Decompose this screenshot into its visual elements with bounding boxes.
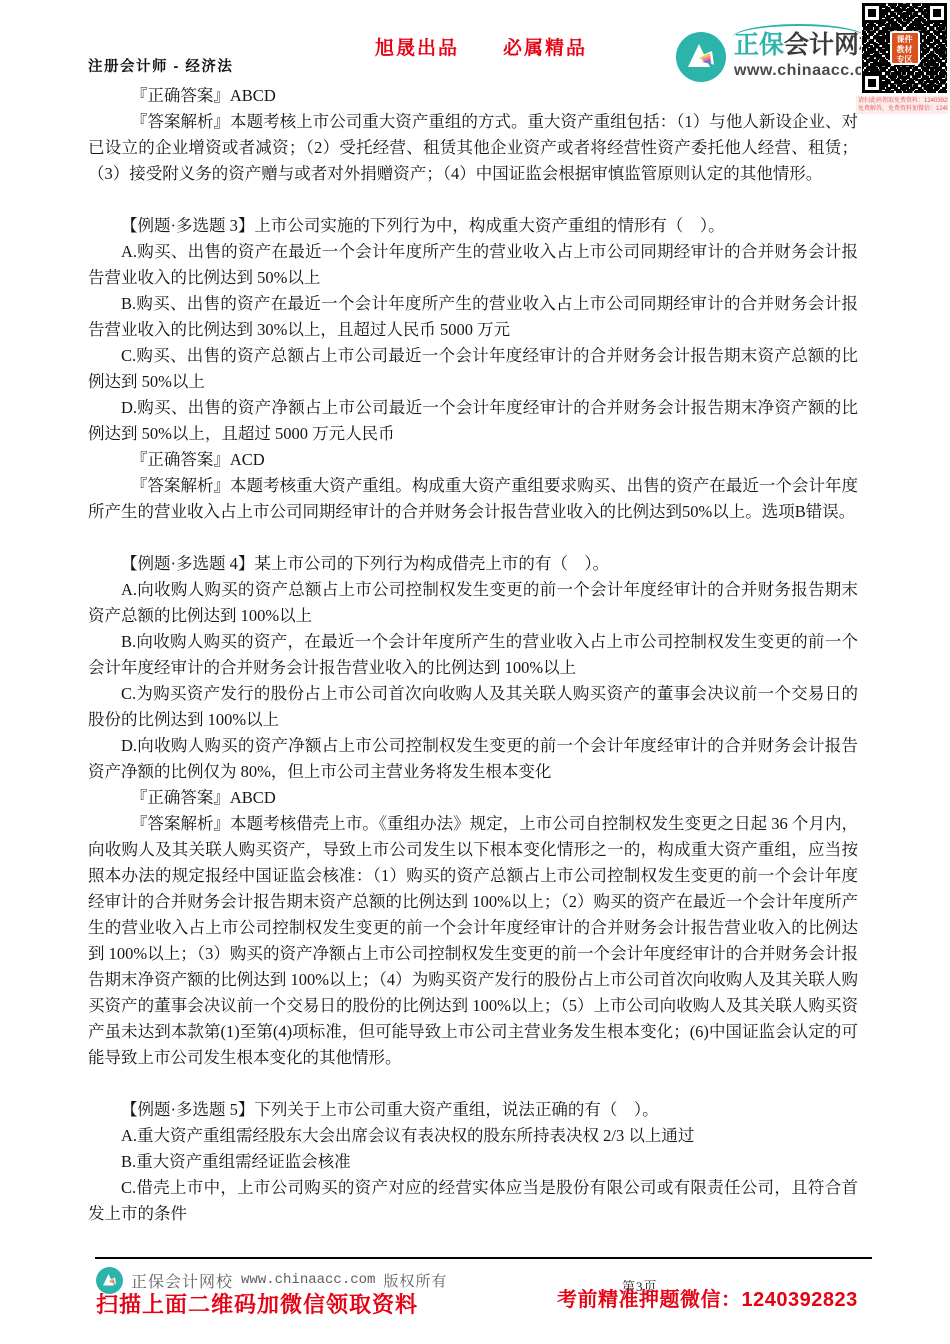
qr-code: 课件 教材 专区 — [861, 2, 948, 94]
qr-center-badge: 课件 教材 专区 — [890, 31, 920, 65]
slogan-right: 必属精品 — [503, 38, 587, 59]
course-label: 注册会计师 - 经济法 — [88, 55, 233, 76]
brand-circle-icon — [676, 32, 726, 82]
qr-finder-top-right — [927, 3, 947, 23]
option-line: D.向收购人购买的资产净额占上市公司控制权发生变更的前一个会计年度经审计的合并财… — [88, 733, 858, 785]
analysis-paragraph: 『答案解析』本题考核上市公司重大资产重组的方式。重大资产重组包括：（1）与他人新… — [88, 109, 858, 187]
slogan-left: 旭晟出品 — [375, 38, 459, 59]
option-line: A.购买、出售的资产在最近一个会计年度所产生的营业收入占上市公司同期经审计的合并… — [88, 239, 858, 291]
brand-name-highlight: 正保 — [734, 31, 784, 59]
qr-badge-line2: 教材 — [892, 45, 918, 55]
option-line: B.购买、出售的资产在最近一个会计年度所产生的营业收入占上市公司同期经审计的合并… — [88, 291, 858, 343]
qr-caption-line1: 请扫此码领取免费资料：1240392823 — [858, 97, 946, 105]
question-title-5: 【例题·多选题 5】下列关于上市公司重大资产重组，说法正确的有（ ）。 — [88, 1097, 858, 1123]
option-line: C.购买、出售的资产总额占上市公司最近一个会计年度经审计的合并财务会计报告期末资… — [88, 343, 858, 395]
option-line: A.重大资产重组需经股东大会出席会议有表决权的股东所持表决权 2/3 以上通过 — [88, 1123, 858, 1149]
footer-divider — [95, 1257, 872, 1259]
option-line: D.购买、出售的资产净额占上市公司最近一个会计年度经审计的合并财务会计报告期末净… — [88, 395, 858, 447]
question-title-4: 【例题·多选题 4】某上市公司的下列行为构成借壳上市的有（ ）。 — [88, 551, 858, 577]
qr-caption-line2: 免费解答，免费资料加微信：1240392823 — [858, 105, 946, 113]
qr-badge-line1: 课件 — [892, 35, 918, 45]
footer-scan-tip: 扫描上面二维码加微信领取资料 — [96, 1288, 418, 1319]
footer-wechat-tip: 考前精准押题微信：1240392823 — [557, 1283, 858, 1312]
answer-line: 『正确答案』ACD — [88, 447, 858, 473]
footer-website: www.chinaacc.com — [241, 1272, 375, 1288]
qr-finder-bottom-left — [862, 73, 882, 93]
page: { "colors":{"accent_teal":"#2bb3ac","acc… — [0, 0, 950, 1344]
option-line: A.向收购人购买的资产总额占上市公司控制权发生变更的前一个会计年度经审计的合并财… — [88, 577, 858, 629]
question-title-3: 【例题·多选题 3】上市公司实施的下列行为中，构成重大资产重组的情形有（ ）。 — [88, 213, 858, 239]
option-line: C.借壳上市中，上市公司购买的资产对应的经营实体应当是股份有限公司或有限责任公司… — [88, 1175, 858, 1227]
option-line: C.为购买资产发行的股份占上市公司首次向收购人及其关联人购买资产的董事会决议前一… — [88, 681, 858, 733]
answer-line: 『正确答案』ABCD — [88, 785, 858, 811]
qr-badge-line3: 专区 — [892, 55, 918, 65]
book-logo-icon — [684, 41, 718, 73]
analysis-paragraph: 『答案解析』本题考核借壳上市。《重组办法》规定，上市公司自控制权发生变更之日起 … — [88, 811, 858, 1071]
analysis-paragraph: 『答案解析』本题考核重大资产重组。构成重大资产重组要求购买、出售的资产在最近一个… — [88, 473, 858, 525]
option-line: B.向收购人购买的资产，在最近一个会计年度所产生的营业收入占上市公司控制权发生变… — [88, 629, 858, 681]
answer-line: 『正确答案』ABCD — [88, 83, 858, 109]
header-slogans: 旭晟出品必属精品 — [375, 33, 587, 60]
document-body: 『正确答案』ABCD 『答案解析』本题考核上市公司重大资产重组的方式。重大资产重… — [88, 83, 858, 1227]
book-logo-icon-small — [101, 1272, 118, 1289]
qr-finder-top-left — [862, 3, 882, 23]
option-line: B.重大资产重组需经证监会核准 — [88, 1149, 858, 1175]
qr-captions: 请扫此码领取免费资料：1240392823 免费解答，免费资料加微信：12403… — [856, 96, 948, 114]
brand-logo: 正保会计网校 www.chinaacc.com — [676, 22, 868, 88]
